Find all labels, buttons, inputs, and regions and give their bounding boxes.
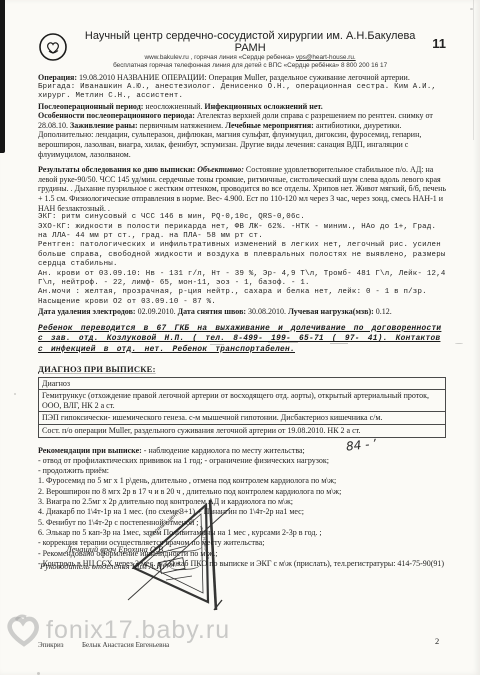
- urine-test-line: Ан.мочи : желтая, прозрачная, р-ция нейт…: [38, 288, 446, 297]
- diagnosis-table-header-cell: Диагноз: [39, 377, 446, 390]
- scan-artifact: [330, 343, 348, 344]
- recommendation-line: 2. Верошпирон по 8 мгх 2р в 17 ч и в 20 …: [38, 487, 446, 497]
- stamp-text-right: им. А.Н.Бакулева: [199, 525, 211, 560]
- ecg-line: ЭКГ: ритм синусовый с ЧСС 146 в мин, PQ-…: [38, 213, 446, 222]
- recommendation-line: - отвод от профилактических прививок на …: [38, 456, 446, 466]
- scan-artifact: [455, 343, 463, 344]
- recommendation-line: 3. Виагра по 2.5мг х 2р длительно под ко…: [38, 497, 446, 507]
- scan-artifact: [210, 344, 224, 345]
- table-row: Диагноз: [39, 377, 446, 390]
- table-row: Сост. п/о операции Muller, раздельного с…: [39, 424, 446, 437]
- hotline-line: www.bakulev.ru , горячая линия «Сердце р…: [76, 54, 424, 62]
- diagnosis-row-secondary: ПЭП гипоксически- ишемического генеза. с…: [39, 412, 446, 425]
- table-row: ПЭП гипоксически- ишемического генеза. с…: [39, 412, 446, 425]
- letterhead-text: Научный центр сердечно-сосудистой хирург…: [76, 30, 424, 69]
- recommendations-title-line: Рекомендации при выписке: - наблюдение к…: [38, 446, 446, 456]
- footer-page-number: 2: [435, 636, 439, 646]
- triangular-stamp: научный центр им. А.Н.Бакулева РАМН: [126, 496, 236, 621]
- recommendation-line: 1. Фуросемид по 5 мг х 1 р\день, длитель…: [38, 476, 446, 486]
- dates-line: Дата удаления электродов: 02.09.2010. Да…: [38, 307, 446, 317]
- operation-line: Операция: 19.08.2010 НАЗВАНИЕ ОПЕРАЦИИ: …: [38, 73, 446, 83]
- footer-doc-type: Эпикриз: [38, 641, 64, 649]
- scan-artifact-left-strip: [0, 0, 5, 153]
- footer-patient-name: Белык Анастасия Евгеньевна: [82, 641, 169, 649]
- scanned-medical-discharge-document: Научный центр сердечно-сосудистой хирург…: [0, 0, 480, 675]
- oxygen-saturation-line: Насыщение крови О2 от 03.09.10 - 87 %.: [38, 298, 446, 307]
- additional-medications-line: Дополнительно: лендацин, сульперазон, ди…: [38, 130, 446, 159]
- echo-line: ЭХО-КГ: жидкости в полости перикарда нет…: [38, 223, 446, 242]
- recommendation-line: 6. Элькар по 5 кап-3р на 1мес, затем Пол…: [38, 528, 446, 538]
- email-link: vps@heart-house.ru.: [296, 54, 356, 61]
- sheet-number: 11: [432, 36, 446, 51]
- recommendation-line: - продолжить приём:: [38, 466, 446, 476]
- transfer-note: Ребенок переводится в 67 ГКБ на выхажива…: [38, 324, 446, 356]
- letterhead: Научный центр сердечно-сосудистой хирург…: [38, 30, 446, 69]
- xray-line: Рентген: патологических и инфильтративны…: [38, 241, 446, 269]
- scan-artifact-right-line: [473, 0, 474, 140]
- website-text: www.bakulev.ru , горячая линия «Сердце р…: [145, 54, 296, 61]
- instrumental-results-block: ЭКГ: ритм синусовый с ЧСС 146 в мин, PQ-…: [38, 213, 446, 307]
- diagnosis-row-postop-state: Сост. п/о операции Muller, раздельного с…: [39, 424, 446, 437]
- diagnosis-section-title: ДИАГНОЗ ПРИ ВЫПИСКЕ:: [38, 364, 446, 374]
- blood-test-line: Ан. крови от 03.09.10: Нв - 131 г/л, Нт …: [38, 270, 446, 289]
- examination-results-paragraph: Результаты обследования ко дню выписки: …: [38, 165, 446, 213]
- scan-artifact: [470, 8, 473, 10]
- recommendation-line: 4. Диакарб по 1\4т-1р на 1 мес. (по схем…: [38, 507, 446, 517]
- organization-name: Научный центр сердечно-сосудистой хирург…: [76, 30, 424, 54]
- document-content: Научный центр сердечно-сосудистой хирург…: [38, 30, 446, 569]
- diagnosis-row-main: Гемитрункус (отхождение правой легочной …: [39, 390, 446, 412]
- free-hotline-line: бесплатная горячая телефонная линия для …: [76, 62, 424, 70]
- bakulev-center-logo-icon: [38, 32, 68, 67]
- postop-period-line: Послеоперационный период: неосложненный.…: [38, 102, 446, 112]
- scan-artifact: [14, 393, 16, 395]
- table-row: Гемитрункус (отхождение правой легочной …: [39, 390, 446, 412]
- diagnosis-table: Диагноз Гемитрункус (отхождение правой л…: [38, 377, 446, 438]
- surgical-team-line: Бригада: Иванашкин А.Ю., анестезиолог. Д…: [38, 83, 446, 102]
- recommendation-line: 5. Фенибут по 1\4т-2р с постепенной отме…: [38, 518, 446, 528]
- scan-artifact: [268, 342, 298, 343]
- postop-features-line: Особенности послеоперационного периода: …: [38, 111, 446, 130]
